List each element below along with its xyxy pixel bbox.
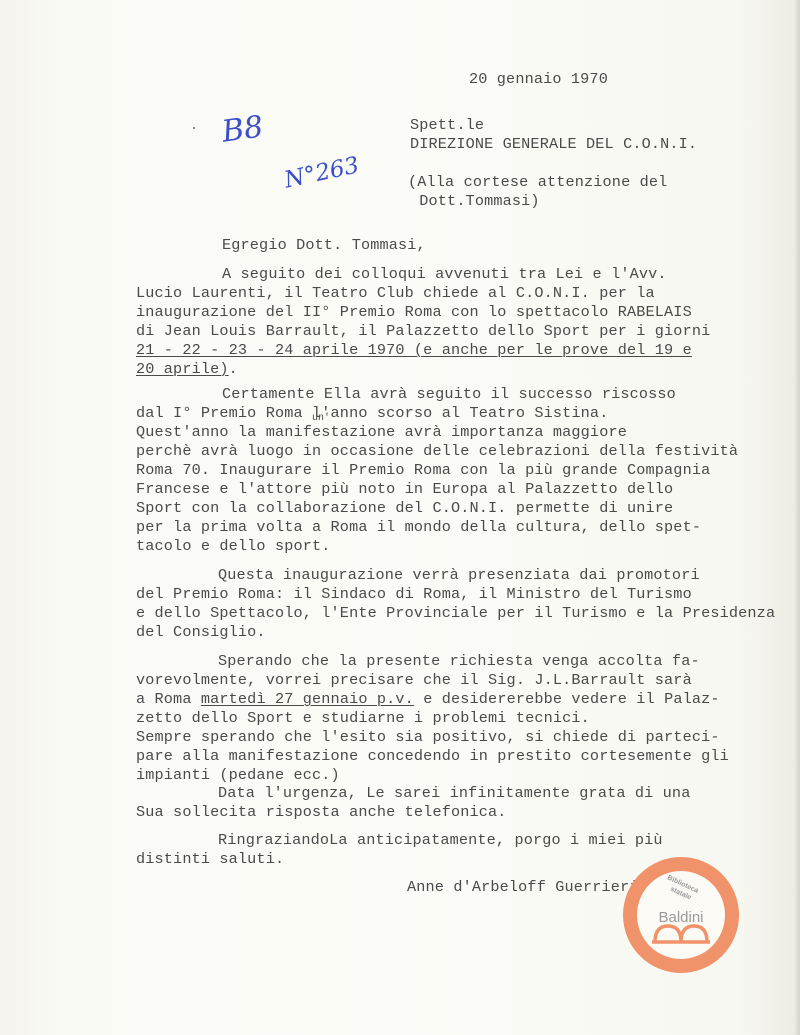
- p1-line: A seguito dei colloqui avvenuti tra Lei …: [222, 265, 667, 284]
- p4-fragment: e desidererebbe vedere il Palaz-: [414, 690, 720, 708]
- p2-line: perchè avrà luogo in occasione delle cel…: [136, 442, 738, 461]
- closing-line: RingraziandoLa anticipatamente, porgo i …: [218, 831, 663, 850]
- p4-line: pare alla manifestazione concedendo in p…: [136, 747, 729, 766]
- handwritten-number: N°263: [282, 152, 361, 193]
- p3-line: e dello Spettacolo, l'Ente Provinciale p…: [136, 604, 775, 623]
- p3-line: del Consiglio.: [136, 623, 266, 642]
- p4-line: Sempre sperando che l'esito sia positivo…: [136, 728, 720, 747]
- p1-line: inaugurazione del II° Premio Roma con lo…: [136, 303, 692, 322]
- recipient-attention-1: (Alla cortese attenzione del: [408, 173, 667, 192]
- p4-line: vorevolmente, vorrei precisare che il Si…: [136, 671, 692, 690]
- p2-line: Certamente Ella avrà seguito il successo…: [222, 385, 676, 404]
- p5-line: Sua sollecita risposta anche telefonica.: [136, 803, 507, 822]
- p2-line: Quest'anno la manifestazione avrà import…: [136, 423, 627, 442]
- p2-line: Francese e l'attore più noto in Europa a…: [136, 480, 673, 499]
- p5-line: Data l'urgenza, Le sarei infinitamente g…: [218, 784, 690, 803]
- p4-line-with-date: a Roma martedì 27 gennaio p.v. e desider…: [136, 690, 720, 709]
- greeting: Egregio Dott. Tommasi,: [222, 236, 426, 255]
- library-stamp-logo: Biblioteca statale Baldini: [622, 856, 740, 974]
- p2-line: Roma 70. Inaugurare il Premio Roma con l…: [136, 461, 710, 480]
- p4-fragment: a Roma: [136, 690, 201, 708]
- page-edge-shadow: [794, 0, 800, 1035]
- p3-line: del Premio Roma: il Sindaco di Roma, il …: [136, 585, 692, 604]
- p1-line-last: 20 aprile).: [136, 360, 238, 379]
- recipient-attention-2: Dott.Tommasi): [410, 192, 540, 211]
- p1-underlined-fragment: 20 aprile): [136, 360, 229, 378]
- p4-underlined-date: martedì 27 gennaio p.v.: [201, 690, 414, 708]
- recipient-salutation: Spett.le: [410, 116, 484, 135]
- closing-line: distinti saluti.: [136, 850, 284, 869]
- p4-line: impianti (pedane ecc.): [136, 766, 340, 785]
- signature: Anne d'Arbeloff Guerrieri): [407, 878, 648, 897]
- p1-period: .: [229, 360, 238, 378]
- stamp-ring-icon: Biblioteca statale Baldini: [622, 856, 740, 974]
- p4-line: Sperando che la presente richiesta venga…: [218, 652, 700, 671]
- p3-line: Questa inaugurazione verrà presenziata d…: [218, 566, 700, 585]
- p1-line: Lucio Laurenti, il Teatro Club chiede al…: [136, 284, 655, 303]
- handwritten-code: B8: [220, 109, 266, 149]
- p1-line: di Jean Louis Barrault, il Palazzetto de…: [136, 322, 710, 341]
- p1-line-underlined: 21 - 22 - 23 - 24 aprile 1970 (e anche p…: [136, 341, 692, 360]
- p2-line: per la prima volta a Roma il mondo della…: [136, 518, 701, 537]
- ink-speck: [193, 127, 195, 129]
- stamp-name: Baldini: [658, 909, 703, 926]
- recipient-organization: DIREZIONE GENERALE DEL C.O.N.I.: [410, 135, 697, 154]
- letter-date: 20 gennaio 1970: [469, 70, 608, 89]
- p4-line: zetto dello Sport e studiarne i problemi…: [136, 709, 590, 728]
- p2-line: Sport con la collaborazione del C.O.N.I.…: [136, 499, 673, 518]
- p2-line: dal I° Premio Roma l'anno scorso al Teat…: [136, 404, 608, 423]
- p2-line: tacolo e dello sport.: [136, 537, 331, 556]
- letter-page: 20 gennaio 1970 B8 N°263 Spett.le DIREZI…: [0, 0, 800, 1035]
